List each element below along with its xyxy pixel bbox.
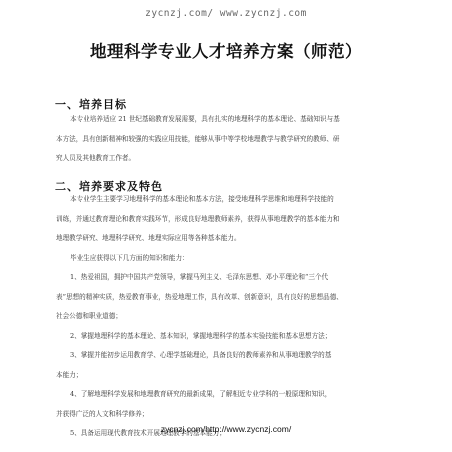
paragraph-line: 社会公德和职业道德； xyxy=(56,307,398,327)
paragraph-line: 究人员及其他教育工作者。 xyxy=(56,149,398,169)
paragraph-line: 表”思想的精神实质，热爱教育事业，热爱地理工作，具有改革、创新意识，具有良好的思… xyxy=(56,288,398,308)
document-title: 地理科学专业人才培养方案（师范） xyxy=(0,38,452,62)
paragraph-line: 训练，并通过教育理论和教育实践环节，形成良好地理教师素养，获得从事地理教学的基本… xyxy=(56,210,398,230)
paragraph-line: 本能力； xyxy=(56,366,398,386)
list-item-4: 4、了解地理科学发展和地理教育研究的最新成果，了解相近专业学科的一般原理和知识， xyxy=(56,385,398,405)
footer-watermark-url: zycnzj.com/http://www.zycnzj.com/ xyxy=(0,424,452,434)
section-body-requirements: 本专业学生主要学习地理科学的基本理论和基本方法，接受地理科学思维和地理科学技能的… xyxy=(56,190,398,444)
list-item-1: 1、热爱祖国，拥护中国共产党领导，掌握马列主义、毛泽东思想、邓小平理论和“三个代 xyxy=(56,268,398,288)
header-watermark-url: zycnzj.com/ www.zycnzj.com xyxy=(0,8,452,19)
paragraph-line: 本专业培养适应 21 世纪基础教育发展需要，具有扎实的地理科学的基本理论、基础知… xyxy=(56,110,398,130)
paragraph-line: 并获得广泛的人文和科学修养； xyxy=(56,405,398,425)
paragraph-line: 毕业生应获得以下几方面的知识和能力： xyxy=(56,249,398,269)
list-item-2: 2、掌握地理科学的基本理论、基本知识，掌握地理科学的基本实验技能和基本思想方法； xyxy=(56,327,398,347)
paragraph-line: 地理教学研究、地理科学研究、地理实际应用等各种基本能力。 xyxy=(56,229,398,249)
paragraph-line: 本方法，具有创新精神和较强的实践应用技能，能够从事中等学校地理教学与教学研究的教… xyxy=(56,130,398,150)
section-body-training-goals: 本专业培养适应 21 世纪基础教育发展需要，具有扎实的地理科学的基本理论、基础知… xyxy=(56,110,398,169)
list-item-3: 3、掌握并能初步运用教育学、心理学基础理论，具备良好的教师素养和从事地理教学的基 xyxy=(56,346,398,366)
paragraph-line: 本专业学生主要学习地理科学的基本理论和基本方法，接受地理科学思维和地理科学技能的 xyxy=(56,190,398,210)
